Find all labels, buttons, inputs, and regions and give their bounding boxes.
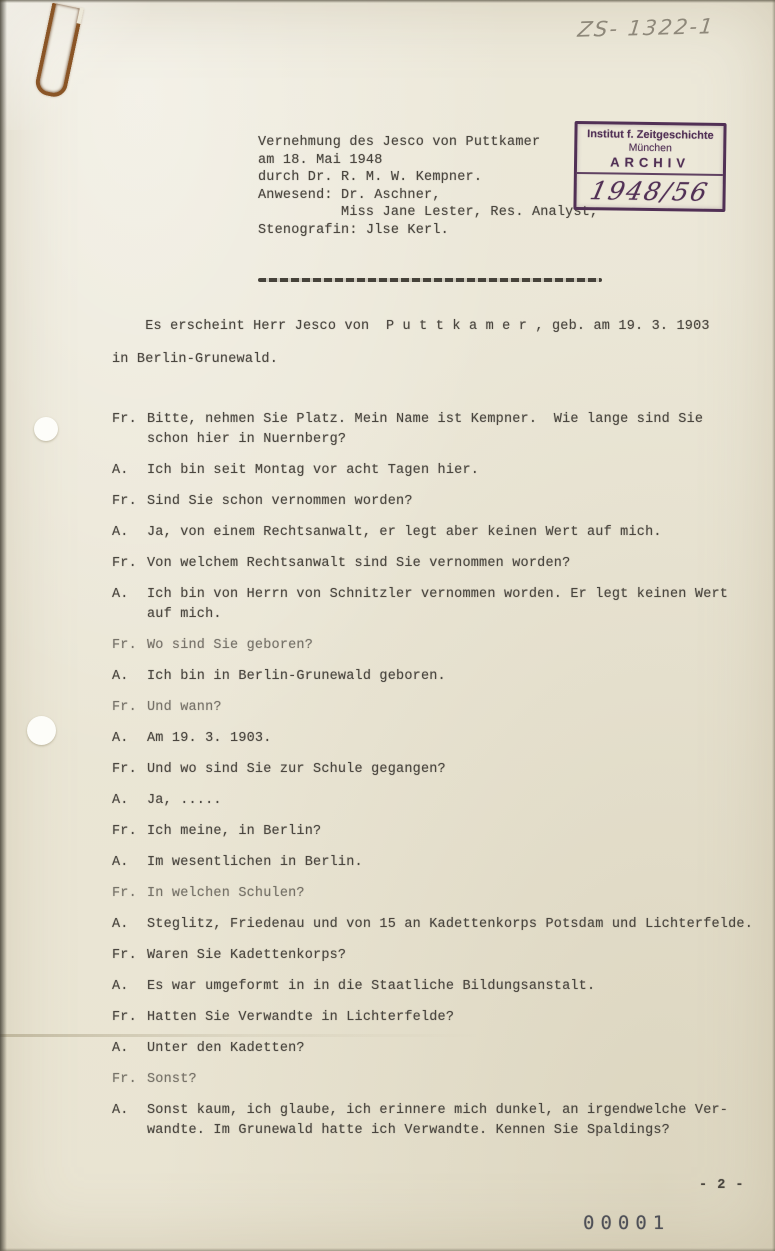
utterance-text: Sind Sie schon vernommen worden? bbox=[147, 492, 767, 512]
stamp-archive-label: ARCHIV bbox=[577, 154, 723, 171]
stamp-institution: Institut f. Zeitgeschichte bbox=[577, 128, 723, 142]
speaker-label: A. bbox=[112, 667, 147, 687]
utterance-text: Und wo sind Sie zur Schule gegangen? bbox=[147, 760, 767, 780]
utterance-text: Ich bin in Berlin-Grunewald geboren. bbox=[147, 667, 767, 687]
speaker-label: A. bbox=[112, 1101, 147, 1141]
speaker-label: Fr. bbox=[112, 884, 147, 904]
utterance-text: Wo sind Sie geboren? bbox=[147, 636, 767, 656]
header-line: Anwesend: Dr. Aschner, bbox=[258, 187, 602, 205]
utterance-text: Von welchem Rechtsanwalt sind Sie vernom… bbox=[147, 554, 767, 574]
qa-list: Fr.Bitte, nehmen Sie Platz. Mein Name is… bbox=[112, 410, 767, 1152]
qa-row: Fr.Wo sind Sie geboren? bbox=[112, 636, 767, 656]
speaker-label: Fr. bbox=[112, 492, 147, 512]
stamp-accession-number-handwritten: 1948/56 bbox=[573, 176, 726, 207]
qa-row: A.Im wesentlichen in Berlin. bbox=[112, 853, 767, 873]
speaker-label: Fr. bbox=[112, 698, 147, 718]
utterance-text: Ich bin seit Montag vor acht Tagen hier. bbox=[147, 461, 767, 481]
qa-row: A.Ich bin in Berlin-Grunewald geboren. bbox=[112, 667, 767, 687]
qa-row: Fr.Sind Sie schon vernommen worden? bbox=[112, 492, 767, 512]
speaker-label: Fr. bbox=[112, 946, 147, 966]
header-line: durch Dr. R. M. W. Kempner. bbox=[258, 169, 602, 187]
punch-hole bbox=[27, 716, 56, 745]
punch-hole bbox=[34, 417, 58, 441]
utterance-text: Im wesentlichen in Berlin. bbox=[147, 853, 767, 873]
header-line: Miss Jane Lester, Res. Analyst, bbox=[258, 204, 602, 222]
qa-row: A.Sonst kaum, ich glaube, ich erinnere m… bbox=[112, 1101, 767, 1141]
utterance-text: Bitte, nehmen Sie Platz. Mein Name ist K… bbox=[147, 410, 767, 450]
speaker-label: A. bbox=[112, 1039, 147, 1059]
utterance-text: Ich bin von Herrn von Schnitzler vernomm… bbox=[147, 585, 767, 625]
qa-row: Fr.Und wo sind Sie zur Schule gegangen? bbox=[112, 760, 767, 780]
utterance-text: Hatten Sie Verwandte in Lichterfelde? bbox=[147, 1008, 767, 1028]
qa-row: Fr.Und wann? bbox=[112, 698, 767, 718]
qa-row: Fr.Sonst? bbox=[112, 1070, 767, 1090]
qa-row: A.Am 19. 3. 1903. bbox=[112, 729, 767, 749]
speaker-label: A. bbox=[112, 977, 147, 997]
typed-divider bbox=[258, 278, 602, 282]
speaker-label: A. bbox=[112, 791, 147, 811]
qa-row: A.Unter den Kadetten? bbox=[112, 1039, 767, 1059]
scanned-document-page: ZS- 1322-1 Vernehmung des Jesco von Putt… bbox=[0, 0, 775, 1251]
utterance-text: Und wann? bbox=[147, 698, 767, 718]
utterance-text: Ja, ..... bbox=[147, 791, 767, 811]
header-lines: Vernehmung des Jesco von Puttkameram 18.… bbox=[258, 134, 602, 239]
speaker-label: A. bbox=[112, 523, 147, 543]
qa-row: Fr.Bitte, nehmen Sie Platz. Mein Name is… bbox=[112, 410, 767, 450]
header-line: am 18. Mai 1948 bbox=[258, 152, 602, 170]
scan-edge bbox=[0, 0, 7, 1251]
qa-row: Fr.In welchen Schulen? bbox=[112, 884, 767, 904]
utterance-text: In welchen Schulen? bbox=[147, 884, 767, 904]
speaker-label: Fr. bbox=[112, 636, 147, 656]
speaker-label: Fr. bbox=[112, 1008, 147, 1028]
stamp-city: München bbox=[577, 141, 723, 155]
speaker-label: Fr. bbox=[112, 760, 147, 780]
appearance-statement: Es erscheint Herr Jesco von P u t t k a … bbox=[112, 310, 772, 376]
serial-number-stamp: 00001 bbox=[583, 1212, 670, 1234]
utterance-text: Sonst kaum, ich glaube, ich erinnere mic… bbox=[147, 1101, 767, 1141]
utterance-text: Ja, von einem Rechtsanwalt, er legt aber… bbox=[147, 523, 767, 543]
speaker-label: A. bbox=[112, 915, 147, 935]
qa-row: A.Ich bin von Herrn von Schnitzler verno… bbox=[112, 585, 767, 625]
speaker-label: Fr. bbox=[112, 1070, 147, 1090]
utterance-text: Waren Sie Kadettenkorps? bbox=[147, 946, 767, 966]
qa-row: Fr.Ich meine, in Berlin? bbox=[112, 822, 767, 842]
speaker-label: A. bbox=[112, 461, 147, 481]
document-header: Vernehmung des Jesco von Puttkameram 18.… bbox=[258, 99, 602, 317]
qa-row: A.Es war umgeformt in in die Staatliche … bbox=[112, 977, 767, 997]
page-number: - 2 - bbox=[699, 1178, 745, 1193]
qa-row: Fr.Waren Sie Kadettenkorps? bbox=[112, 946, 767, 966]
qa-row: A.Ich bin seit Montag vor acht Tagen hie… bbox=[112, 461, 767, 481]
speaker-label: Fr. bbox=[112, 822, 147, 842]
utterance-text: Sonst? bbox=[147, 1070, 767, 1090]
utterance-text: Ich meine, in Berlin? bbox=[147, 822, 767, 842]
utterance-text: Am 19. 3. 1903. bbox=[147, 729, 767, 749]
header-line: Stenografin: Jlse Kerl. bbox=[258, 222, 602, 240]
qa-row: A.Steglitz, Friedenau und von 15 an Kade… bbox=[112, 915, 767, 935]
speaker-label: Fr. bbox=[112, 554, 147, 574]
archive-stamp: Institut f. Zeitgeschichte München ARCHI… bbox=[573, 121, 726, 212]
utterance-text: Es war umgeformt in in die Staatliche Bi… bbox=[147, 977, 767, 997]
speaker-label: Fr. bbox=[112, 410, 147, 450]
speaker-label: A. bbox=[112, 853, 147, 873]
speaker-label: A. bbox=[112, 729, 147, 749]
utterance-text: Unter den Kadetten? bbox=[147, 1039, 767, 1059]
qa-row: A.Ja, ..... bbox=[112, 791, 767, 811]
qa-row: A.Ja, von einem Rechtsanwalt, er legt ab… bbox=[112, 523, 767, 543]
archive-reference-handwritten: ZS- 1322-1 bbox=[576, 14, 716, 42]
speaker-label: A. bbox=[112, 585, 147, 625]
utterance-text: Steglitz, Friedenau und von 15 an Kadett… bbox=[147, 915, 767, 935]
header-line: Vernehmung des Jesco von Puttkamer bbox=[258, 134, 602, 152]
qa-row: Fr.Von welchem Rechtsanwalt sind Sie ver… bbox=[112, 554, 767, 574]
qa-row: Fr.Hatten Sie Verwandte in Lichterfelde? bbox=[112, 1008, 767, 1028]
